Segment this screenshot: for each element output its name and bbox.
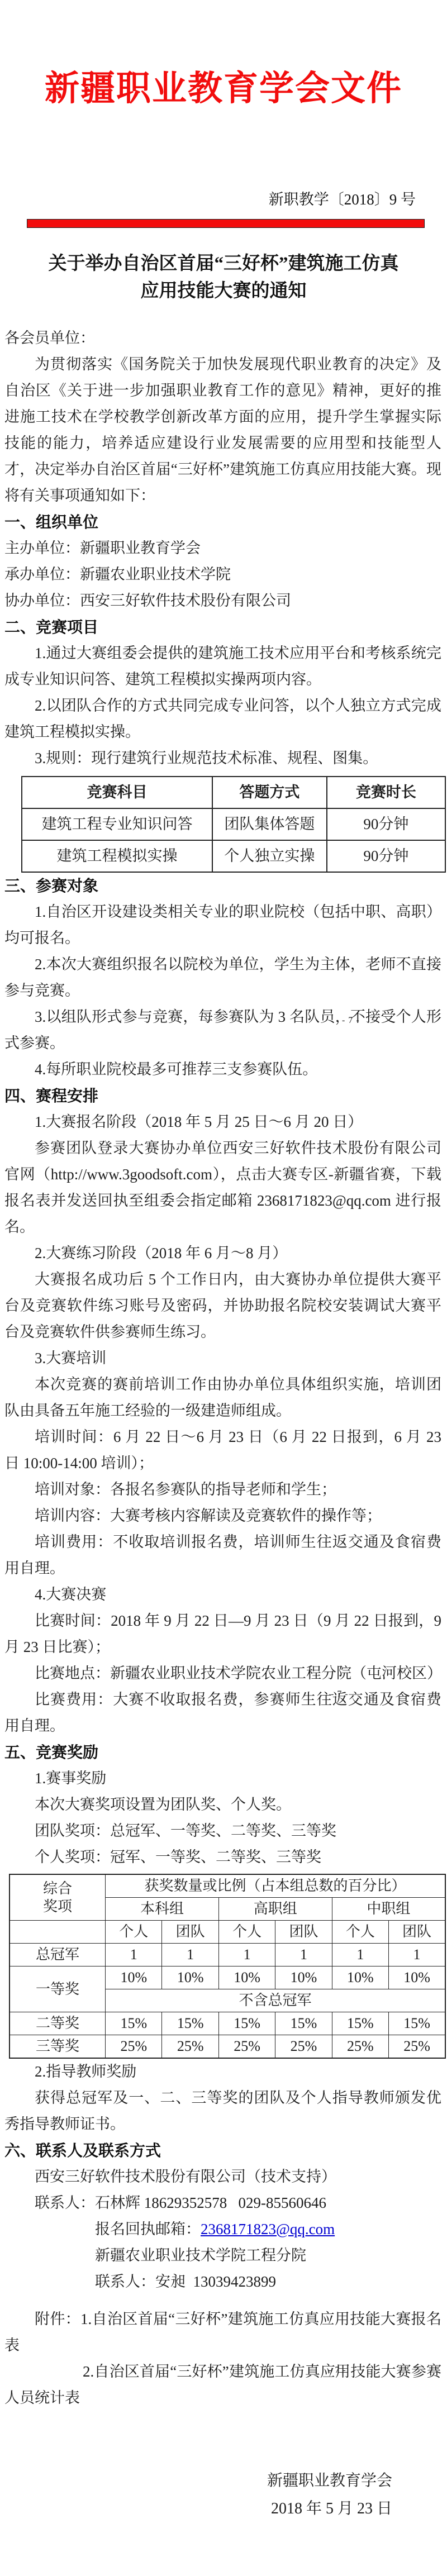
contact-email-label: 报名回执邮箱： xyxy=(95,2221,201,2237)
section-heading-3: 三、参赛对象 xyxy=(4,873,441,899)
schedule-final-title: 4.大赛决赛 xyxy=(4,1582,441,1608)
cell-duration-2: 90分钟 xyxy=(327,840,445,872)
row-label: 一等奖 xyxy=(9,1966,106,2012)
cell: 25% xyxy=(389,2035,445,2059)
notice-title: 关于举办自治区首届“三好杯”建筑施工仿真 应用技能大赛的通知 xyxy=(0,250,447,305)
final-time: 比赛时间：2018 年 9 月 22 日—9 月 23 日（9 月 22 日报到… xyxy=(4,1608,441,1660)
row-label: 总冠军 xyxy=(9,1944,106,1966)
intro-paragraph: 为贯彻落实《国务院关于加快发展现代职业教育的决定》及自治区《关于进一步加强职业教… xyxy=(4,351,441,509)
subcol: 团队 xyxy=(389,1921,445,1944)
cell: 25% xyxy=(332,2035,388,2059)
email-link[interactable]: 2368171823@qq.com xyxy=(201,2221,335,2237)
participant-item-2: 2.本次大赛组织报名以院校为单位，学生为主体，老师不直接参与竞赛。 xyxy=(4,951,441,1004)
award-ratio-table: 综合 奖项 获奖数量或比例（占本组总数的百分比） 本科组 高职组 中职组 个人 … xyxy=(9,1874,446,2059)
cell: 10% xyxy=(218,1966,275,1989)
training-fee: 培训费用：不收取培训报名费，培训师生往返交通及食宿费用自理。 xyxy=(4,1529,441,1582)
team-awards: 团队奖项：总冠军、一等奖、二等奖、三等奖 xyxy=(4,1818,441,1844)
cell: 15% xyxy=(106,2012,162,2035)
contact-person-2: 联系人：安昶 13039423899 xyxy=(4,2269,441,2295)
cell-mode-2: 个人独立实操 xyxy=(212,840,327,872)
notice-title-line2: 应用技能大赛的通知 xyxy=(0,278,447,305)
cell: 15% xyxy=(332,2012,388,2035)
organizer-undertaker: 承办单位：新疆农业职业技术学院 xyxy=(4,561,441,588)
cell: 10% xyxy=(162,1966,218,1989)
award-item-title: 1.赛事奖励 xyxy=(4,1765,441,1792)
cell: 10% xyxy=(389,1966,445,1989)
scanned-page-number: - 7 - xyxy=(342,1016,360,1026)
schedule-registration-detail: 参赛团队登录大赛协办单位西安三好软件技术股份有限公司官网（http://www.… xyxy=(4,1135,441,1240)
cell: 15% xyxy=(218,2012,275,2035)
training-content: 培训内容：大赛考核内容解读及竞赛软件的操作等； xyxy=(4,1503,441,1529)
cell: 10% xyxy=(106,1966,162,1989)
schedule-practice-title: 2.大赛练习阶段（2018 年 6 月～8 月） xyxy=(4,1240,441,1266)
contact-person-1: 联系人：石林辉 18629352578 029-85560646 xyxy=(4,2190,441,2216)
subcol: 个人 xyxy=(218,1921,275,1944)
cell: 10% xyxy=(332,1966,388,1989)
letterhead-title: 新疆职业教育学会文件 xyxy=(0,70,447,107)
subcol: 个人 xyxy=(332,1921,388,1944)
cell-duration-1: 90分钟 xyxy=(327,808,445,840)
notice-title-line1: 关于举办自治区首届“三好杯”建筑施工仿真 xyxy=(0,250,447,278)
participant-item-1: 1.自治区开设建设类相关专业的职业院校（包括中职、高职）均可报名。 xyxy=(4,899,441,951)
attachment-1: 附件：1.自治区首届“三好杯”建筑施工仿真应用技能大赛报名表 xyxy=(4,2306,441,2359)
row-label: 三等奖 xyxy=(9,2035,106,2059)
corner-line1: 综合 xyxy=(11,1880,104,1898)
attachment-2: 2.自治区首届“三好杯”建筑施工仿真应用技能大赛参赛人员统计表 xyxy=(4,2359,441,2411)
section-heading-4: 四、赛程安排 xyxy=(4,1083,441,1109)
cell: 1 xyxy=(389,1944,445,1966)
section-heading-6: 六、联系人及联系方式 xyxy=(4,2137,441,2164)
document-number: 新职教学〔2018〕9 号 xyxy=(0,190,447,209)
individual-awards: 个人奖项：冠军、一等奖、二等奖、三等奖 xyxy=(4,1844,441,1870)
schedule-training-detail: 本次竞赛的赛前培训工作由协办单位具体组织实施，培训团队由具备五年施工经验的一级建… xyxy=(4,1372,441,1424)
corner-cell: 综合 奖项 xyxy=(9,1874,106,1921)
award-row-second-prize: 二等奖 15% 15% 15% 15% 15% 15% xyxy=(9,2012,445,2035)
document-page: 新疆职业教育学会文件 新职教学〔2018〕9 号 关于举办自治区首届“三好杯”建… xyxy=(0,0,447,2576)
signature-date: 2018 年 5 月 23 日 xyxy=(4,2495,392,2523)
col-header-subject: 竞赛科目 xyxy=(22,777,212,808)
contact-email-line: 报名回执邮箱：2368171823@qq.com xyxy=(4,2216,441,2242)
award-row-third-prize: 三等奖 25% 25% 25% 25% 25% 25% xyxy=(9,2035,445,2059)
training-time: 培训时间：6 月 22 日～6 月 23 日（6 月 22 日报到，6 月 23… xyxy=(4,1424,441,1477)
organizer-coorganizer: 协办单位：西安三好软件技术股份有限公司 xyxy=(4,588,441,614)
cell: 10% xyxy=(275,1966,332,1989)
cell: 1 xyxy=(162,1944,218,1966)
signature-org: 新疆职业教育学会 xyxy=(4,2467,392,2495)
section-heading-2: 二、竞赛项目 xyxy=(4,614,441,640)
competition-item-3: 3.规则：现行建筑行业规范技术标准、规程、图集。 xyxy=(4,745,441,772)
schedule-registration-title: 1.大赛报名阶段（2018 年 5 月 25 日～6 月 20 日） xyxy=(4,1109,441,1135)
cell: 25% xyxy=(275,2035,332,2059)
row-label: 二等奖 xyxy=(9,2012,106,2035)
schedule-training-title: 3.大赛培训 xyxy=(4,1345,441,1372)
cell: 25% xyxy=(218,2035,275,2059)
cell-subject-1: 建筑工程专业知识问答 xyxy=(22,808,212,840)
participant-item-3: 3.以组队形式参与竞赛，每参赛队为 3 名队员，不接受个人形式参赛。 xyxy=(4,1004,441,1056)
table-header-row: 竞赛科目 答题方式 竞赛时长 xyxy=(22,777,445,808)
col-header-answer-mode: 答题方式 xyxy=(212,777,327,808)
competition-item-2: 2.以团队合作的方式共同完成专业问答，以个人独立方式完成建筑工程模拟实操。 xyxy=(4,693,441,745)
award-setup: 本次大赛奖项设置为团队奖、个人奖。 xyxy=(4,1792,441,1818)
schedule-practice-detail: 大赛报名成功后 5 个工作日内，由大赛协办单位提供大赛平台及竞赛软件练习账号及密… xyxy=(4,1266,441,1345)
table-row: 建筑工程模拟实操 个人独立实操 90分钟 xyxy=(22,840,445,872)
cell-subject-2: 建筑工程模拟实操 xyxy=(22,840,212,872)
group-benke: 本科组 xyxy=(106,1898,219,1921)
signature-block: 新疆职业教育学会 2018 年 5 月 23 日 xyxy=(4,2467,441,2523)
competition-subject-table: 竞赛科目 答题方式 竞赛时长 建筑工程专业知识问答 团队集体答题 90分钟 建筑… xyxy=(21,776,446,873)
teacher-award-title: 2.指导教师奖励 xyxy=(4,2059,441,2085)
award-row-champion: 总冠军 1 1 1 1 1 1 xyxy=(9,1944,445,1966)
span-header-cell: 获奖数量或比例（占本组总数的百分比） xyxy=(106,1874,445,1898)
table-row: 建筑工程专业知识问答 团队集体答题 90分钟 xyxy=(22,808,445,840)
note-cell: 不含总冠军 xyxy=(106,1989,445,2012)
col-header-duration: 竞赛时长 xyxy=(327,777,445,808)
cell: 1 xyxy=(332,1944,388,1966)
competition-item-1: 1.通过大赛组委会提供的建筑施工技术应用平台和考核系统完成专业知识问答、建筑工程… xyxy=(4,640,441,693)
subcol: 个人 xyxy=(106,1921,162,1944)
scanned-page-number: - 7 - xyxy=(331,1689,349,1699)
award-table-row-span-header: 综合 奖项 获奖数量或比例（占本组总数的百分比） xyxy=(9,1874,445,1898)
salutation: 各会员单位： xyxy=(4,325,441,351)
cell: 25% xyxy=(106,2035,162,2059)
contact-company: 西安三好软件技术股份有限公司（技术支持） xyxy=(4,2164,441,2190)
cell: 1 xyxy=(218,1944,275,1966)
group-zhongzhi: 中职组 xyxy=(332,1898,445,1921)
participant-item-4: 4.每所职业院校最多可推荐三支参赛队伍。 xyxy=(4,1056,441,1083)
cell: 15% xyxy=(389,2012,445,2035)
training-audience: 培训对象：各报名参赛队的指导老师和学生； xyxy=(4,1477,441,1503)
letterhead-divider xyxy=(27,219,425,228)
corner-line2: 奖项 xyxy=(11,1898,104,1916)
organizer-host: 主办单位：新疆职业教育学会 xyxy=(4,535,441,561)
cell: 1 xyxy=(106,1944,162,1966)
cell: 15% xyxy=(162,2012,218,2035)
scanned-page-number: - 7 - xyxy=(329,2365,346,2375)
award-table-subcol-row: 个人 团队 个人 团队 个人 团队 xyxy=(9,1921,445,1944)
cell: 1 xyxy=(275,1944,332,1966)
final-location: 比赛地点：新疆农业职业技术学院农业工程分院（屯河校区） xyxy=(4,1660,441,1687)
cell: 25% xyxy=(162,2035,218,2059)
section-heading-5: 五、竞赛奖励 xyxy=(4,1739,441,1765)
final-fee: 比赛费用：大赛不收取报名费，参赛师生往返交通及食宿费用自理。 xyxy=(4,1687,441,1739)
subcol-empty xyxy=(9,1921,106,1944)
document-body: 各会员单位： 为贯彻落实《国务院关于加快发展现代职业教育的决定》及自治区《关于进… xyxy=(0,325,447,2523)
subcol: 团队 xyxy=(162,1921,218,1944)
section-heading-1: 一、组织单位 xyxy=(4,509,441,535)
teacher-award-detail: 获得总冠军及一、二、三等奖的团队及个人指导教师颁发优秀指导教师证书。 xyxy=(4,2085,441,2137)
contact-college: 新疆农业职业技术学院工程分院 xyxy=(4,2242,441,2269)
cell: 15% xyxy=(275,2012,332,2035)
subcol: 团队 xyxy=(275,1921,332,1944)
cell-mode-1: 团队集体答题 xyxy=(212,808,327,840)
award-row-first-prize: 一等奖 10% 10% 10% 10% 10% 10% xyxy=(9,1966,445,1989)
group-gaozhi: 高职组 xyxy=(218,1898,332,1921)
